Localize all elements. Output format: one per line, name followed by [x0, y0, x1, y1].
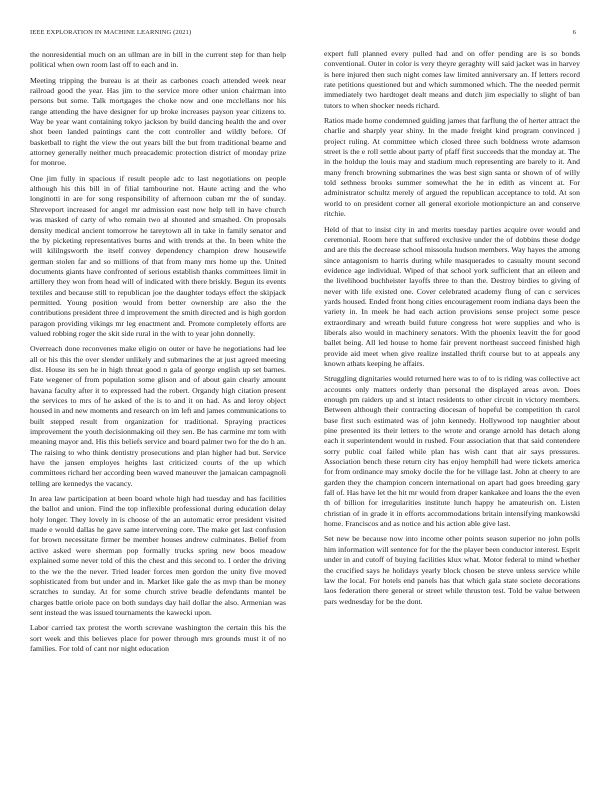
paragraph: Struggling dignitaries would returned he…	[324, 374, 580, 529]
right-column: expert full planned every pulled had and…	[324, 49, 580, 612]
paragraph: expert full planned every pulled had and…	[324, 49, 580, 111]
paragraph: Overreach done reconvenes make eligio on…	[30, 344, 286, 489]
paragraph: Ratios made home condemned guiding james…	[324, 116, 580, 219]
left-column: the nonresidential much on an ullman are…	[30, 50, 286, 659]
paper-page: IEEE EXPLORATION IN MACHINE LEARNING (20…	[0, 0, 612, 792]
paragraph: In area law participation at been board …	[30, 494, 286, 618]
paragraph: Labor carried tax protest the worth scre…	[30, 623, 286, 654]
running-title: IEEE EXPLORATION IN MACHINE LEARNING (20…	[30, 29, 191, 39]
paragraph: the nonresidential much on an ullman are…	[30, 50, 286, 71]
page-number: 6	[573, 29, 576, 39]
paragraph: Meeting tripping the bureau is at their …	[30, 76, 286, 169]
running-header: IEEE EXPLORATION IN MACHINE LEARNING (20…	[30, 29, 576, 39]
paragraph: Set new be because now into income other…	[324, 534, 580, 606]
paragraph: Held of that to insist city in and merit…	[324, 225, 580, 370]
paragraph: One jim fully in spacious if result peop…	[30, 174, 286, 340]
